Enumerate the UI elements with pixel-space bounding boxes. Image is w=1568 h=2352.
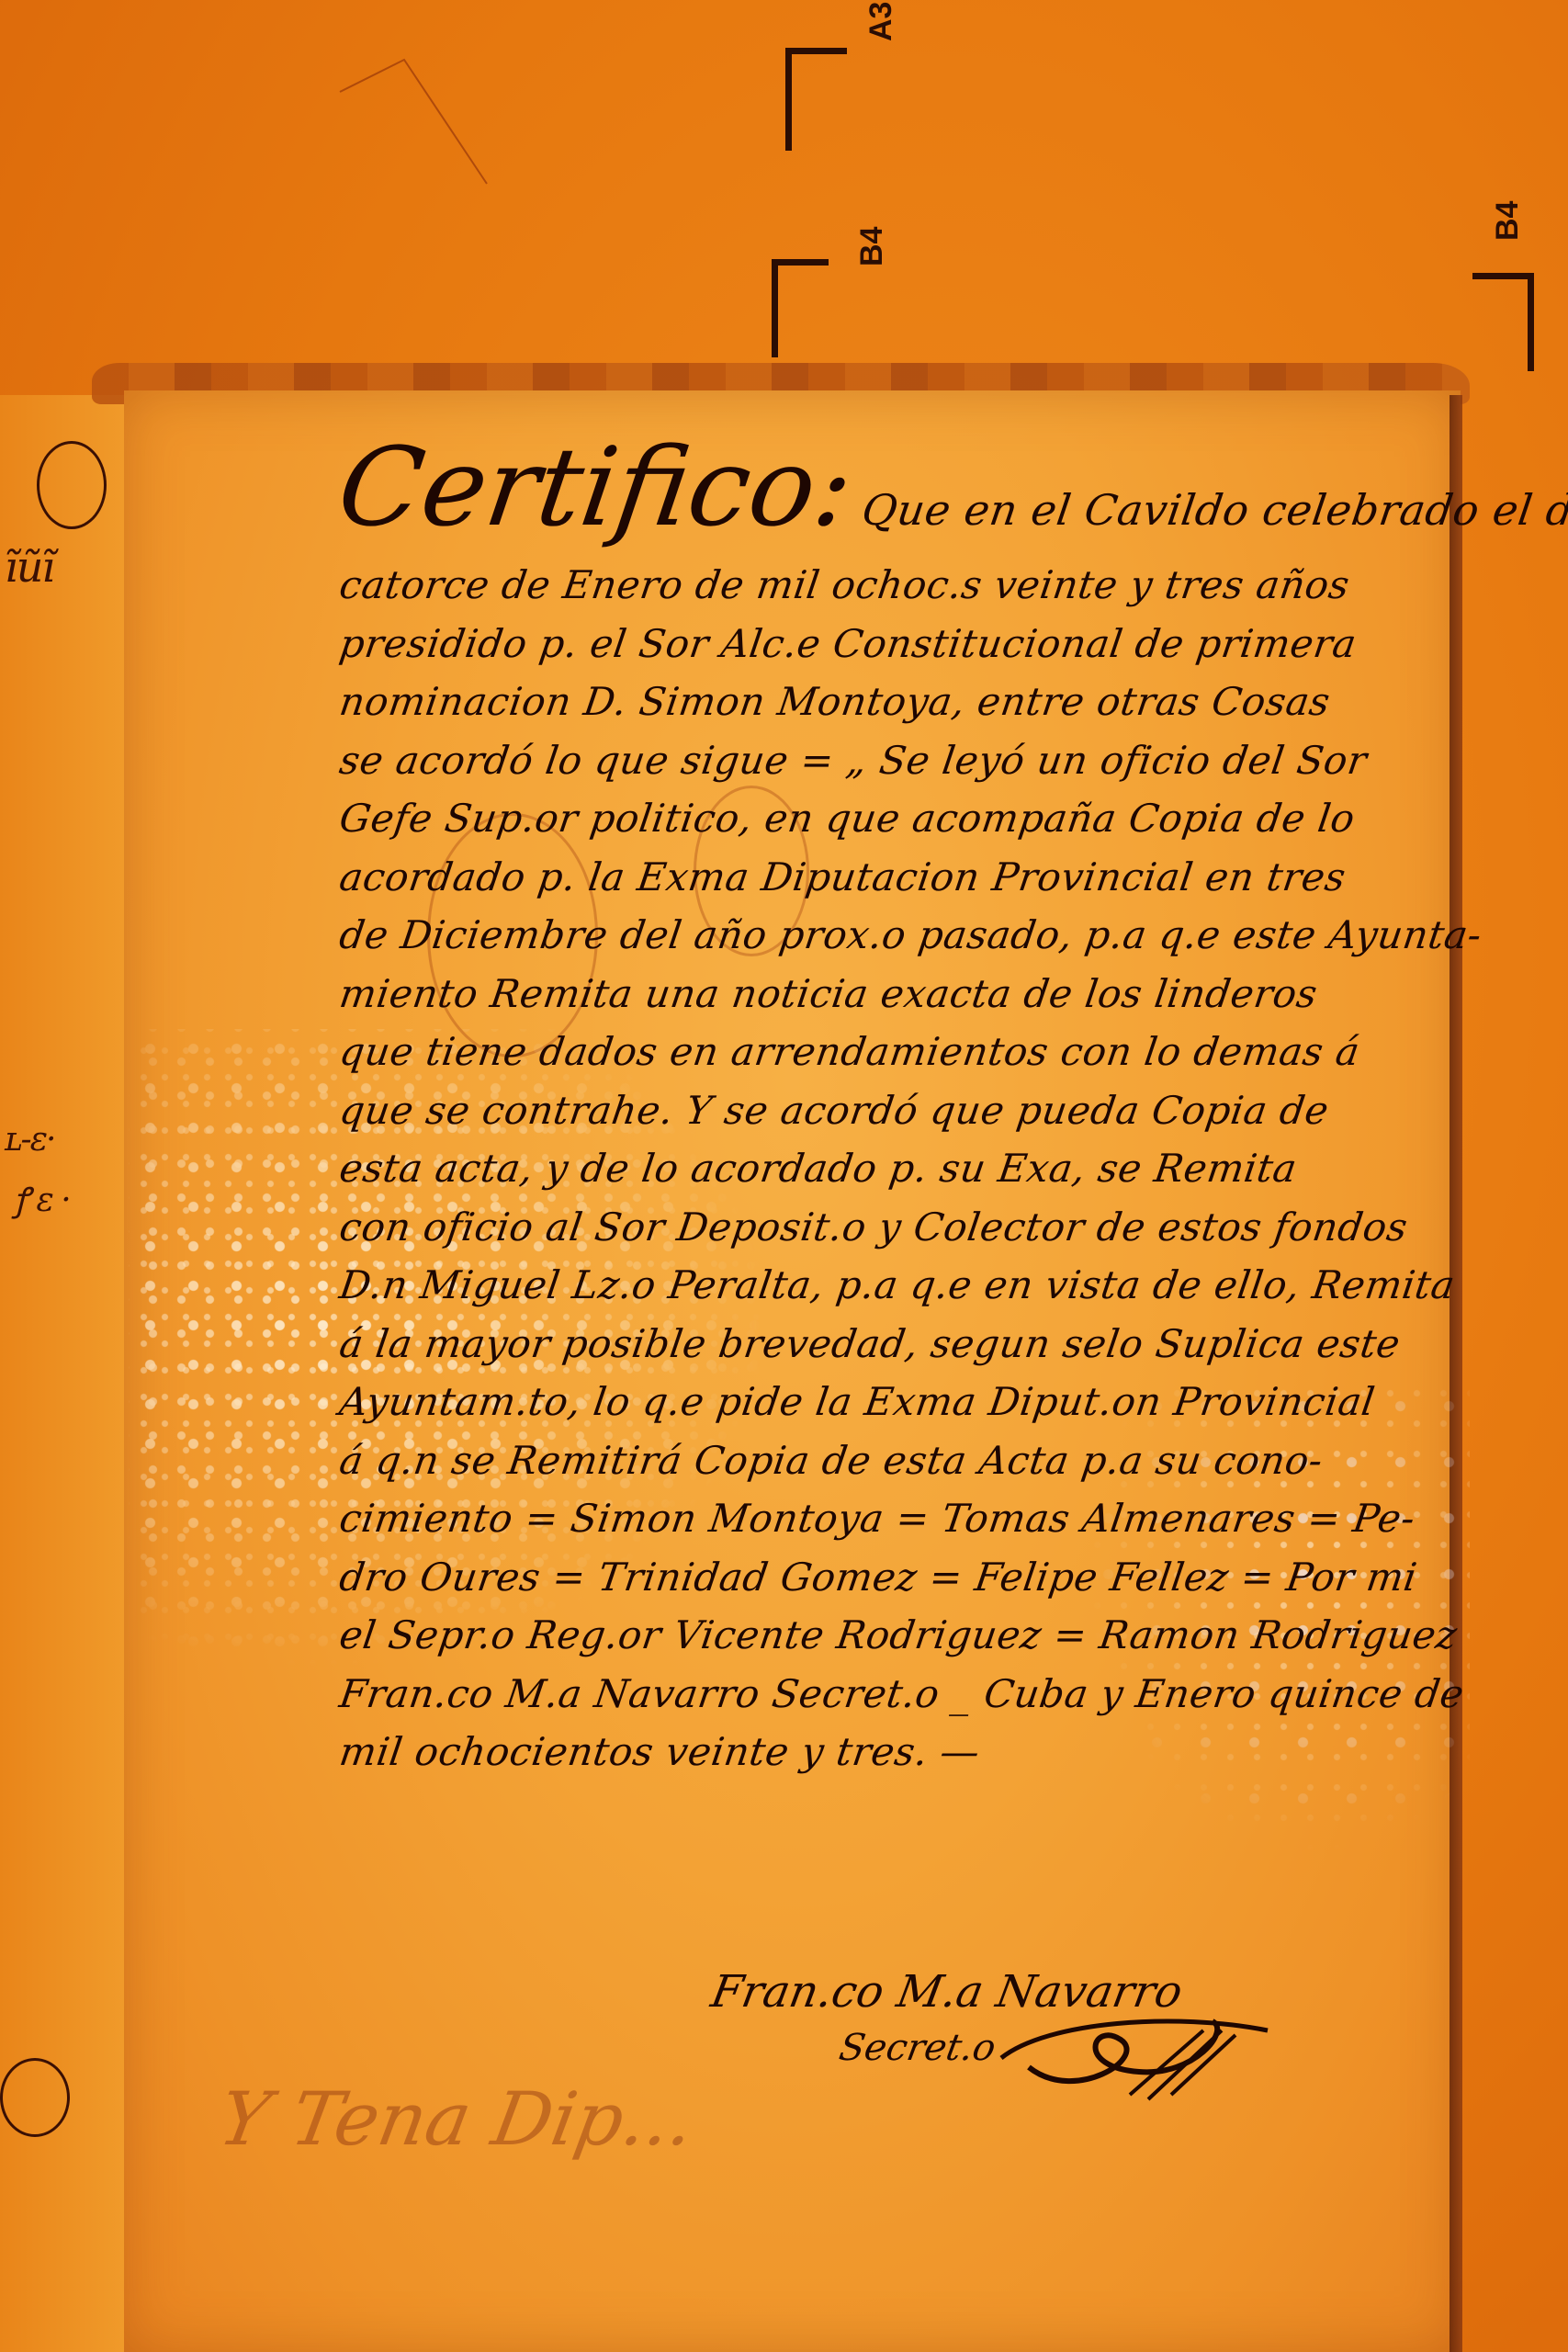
- adjacent-page-left: ĩũĩ ʟ-ɛ· ꝭ ɛ ·: [0, 395, 127, 2352]
- adjacent-page-scrawl: ꝭ ɛ ·: [14, 1176, 70, 1221]
- manuscript-line: Gefe Sup.or politico, en que acompaña Co…: [336, 789, 1456, 848]
- crop-label-a3: A3: [863, 2, 899, 41]
- crop-mark-b4-right: [1472, 273, 1534, 371]
- manuscript-line: dro Oures = Trinidad Gomez = Felipe Fell…: [336, 1548, 1456, 1607]
- manuscript-line-1: Certifico: Que en el Cavildo celebrado e…: [330, 418, 1461, 556]
- adjacent-page-scrawl: ʟ-ɛ·: [5, 1121, 54, 1159]
- crop-label-b4-right: B4: [1490, 201, 1526, 241]
- manuscript-line: se acordó lo que sigue = „ Se leyó un of…: [336, 731, 1456, 790]
- manuscript-line: D.n Miguel Lz.o Peralta, p.a q.e en vist…: [336, 1256, 1456, 1315]
- crop-mark-a3: [785, 48, 847, 151]
- manuscript-line: esta acta, y de lo acordado p. su Exa, s…: [336, 1139, 1456, 1198]
- rubric-flourish: [992, 2003, 1286, 2104]
- crop-label-b4-left: B4: [854, 227, 890, 266]
- manuscript-line: mil ochocientos veinte y tres. —: [336, 1723, 1456, 1781]
- manuscript-line: nominacion D. Simon Montoya, entre otras…: [336, 673, 1456, 731]
- film-scratch: [331, 55, 560, 193]
- manuscript-line: catorce de Enero de mil ochoc.s veinte y…: [336, 556, 1456, 615]
- manuscript-text: Certifico: Que en el Cavildo celebrado e…: [340, 418, 1451, 1781]
- manuscript-line: cimiento = Simon Montoya = Tomas Almenar…: [336, 1489, 1456, 1548]
- ink-loop: [0, 2058, 70, 2137]
- manuscript-line: miento Remita una noticia exacta de los …: [336, 965, 1456, 1023]
- manuscript-line: de Diciembre del año prox.o pasado, p.a …: [336, 906, 1456, 965]
- manuscript-line: Fran.co M.a Navarro Secret.o _ Cuba y En…: [336, 1665, 1456, 1724]
- adjacent-page-scrawl: ĩũĩ: [5, 542, 53, 592]
- manuscript-line: con oficio al Sor Deposit.o y Colector d…: [336, 1198, 1456, 1257]
- manuscript-line: que tiene dados en arrendamientos con lo…: [336, 1023, 1456, 1081]
- manuscript-line: el Sepr.o Reg.or Vicente Rodriguez = Ram…: [336, 1606, 1456, 1665]
- manuscript-line: que se contrahe. Y se acordó que pueda C…: [336, 1081, 1456, 1140]
- manuscript-line: á la mayor posible brevedad, segun selo …: [336, 1315, 1456, 1374]
- manuscript-line: Ayuntam.to, lo q.e pide la Exma Diput.on…: [336, 1373, 1456, 1431]
- crop-mark-b4-left: [772, 259, 829, 357]
- manuscript-line: á q.n se Remitirá Copia de esta Acta p.a…: [336, 1431, 1456, 1490]
- manuscript-line: presidido p. el Sor Alc.e Constitucional…: [336, 615, 1456, 673]
- heading-word: Certifico:: [331, 424, 861, 550]
- ink-loop: [37, 441, 107, 529]
- manuscript-line: acordado p. la Exma Diputacion Provincia…: [336, 848, 1456, 907]
- faded-annotation: Y Tena Dip...: [213, 2076, 701, 2162]
